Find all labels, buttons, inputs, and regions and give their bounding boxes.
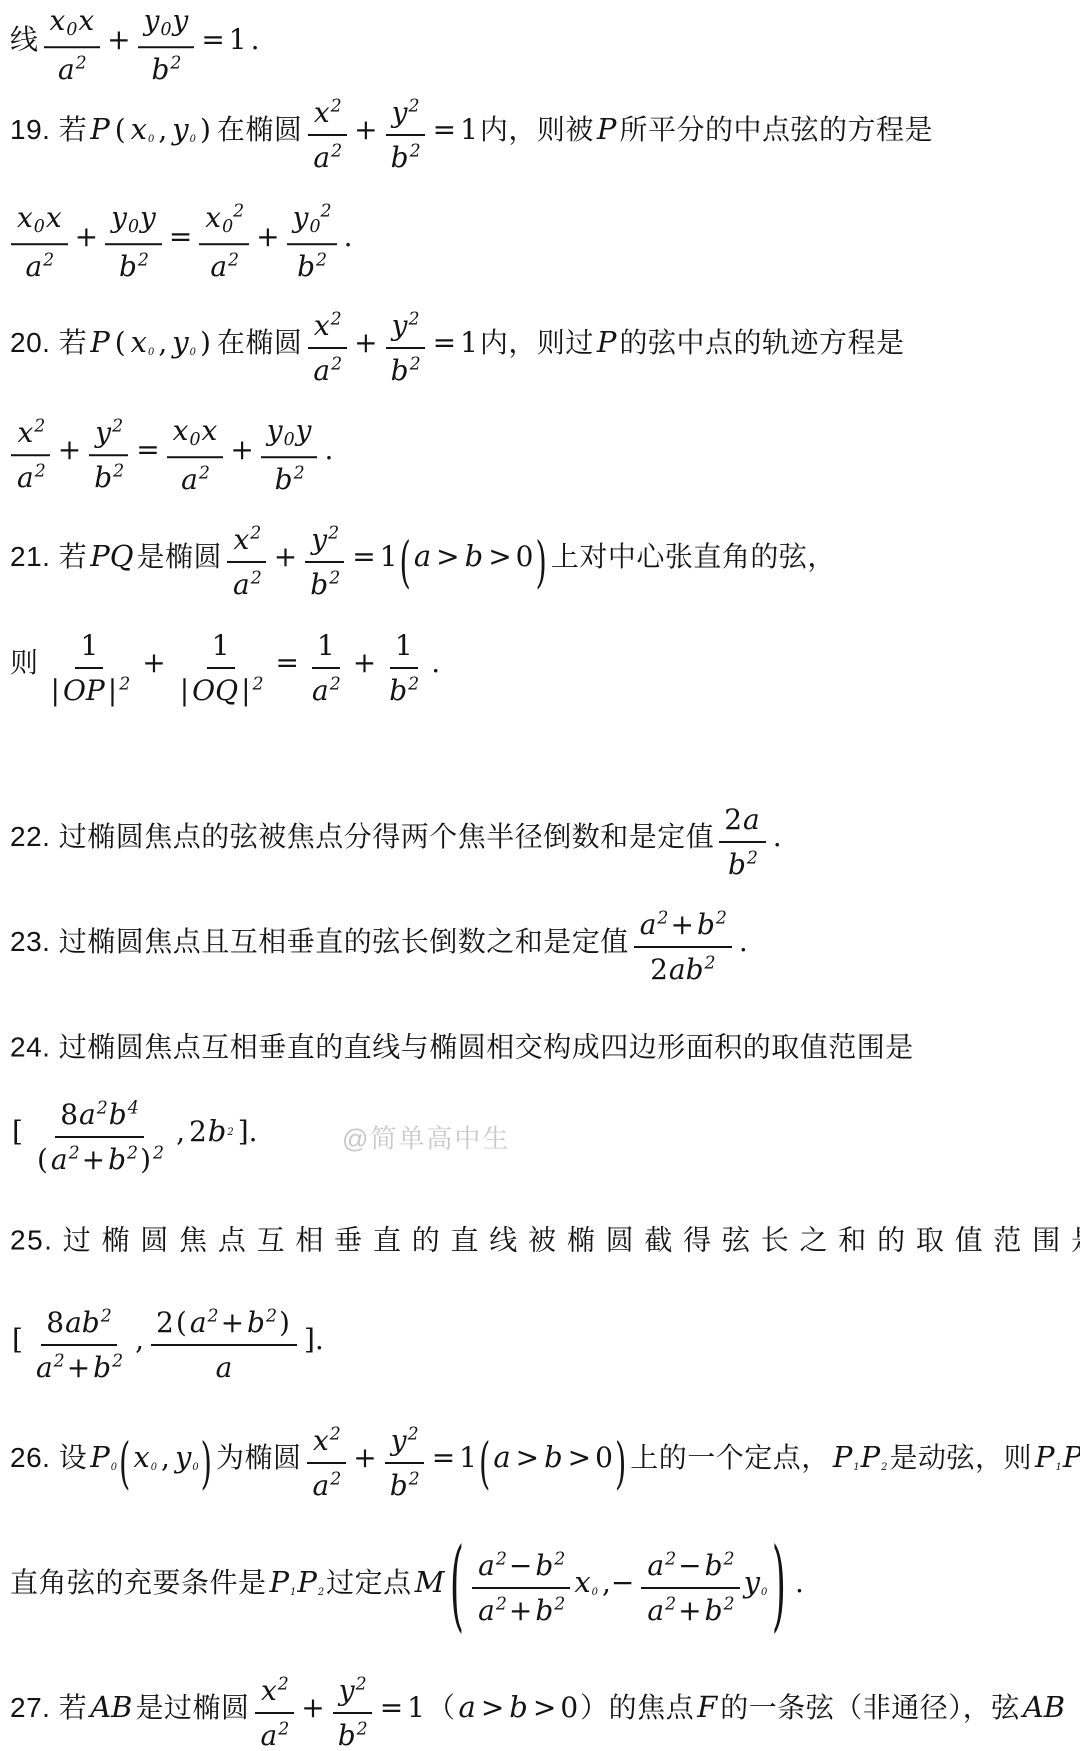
item-25-answer-formula: [8ab2a2+b2,2(a2+b2)a].	[8, 1305, 328, 1385]
fraction: x0xa2	[167, 413, 224, 497]
fraction: y2b2	[304, 522, 345, 602]
fraction: 1|OP|2	[44, 628, 136, 708]
fraction: y2b2	[385, 308, 426, 388]
item-19-statement: 19. 若P(x0,y0)在椭圆x2a2+y2b2=1内，则被P所平分的中点弦的…	[8, 95, 935, 175]
fraction: y02b2	[287, 200, 337, 284]
item-26-statement: 26. 设P0(x0,y0)为椭圆x2a2+y2b2=1(a>b>0)上的一个定…	[8, 1423, 1080, 1503]
item-19-answer-formula: x0xa2+y0yb2=x02a2+y02b2.	[8, 200, 356, 284]
fraction: y2b2	[332, 1673, 373, 1751]
fraction: a2−b2a2+b2	[472, 1548, 570, 1628]
fraction: 2(a2+b2)a	[151, 1305, 297, 1385]
fraction: x02a2	[199, 200, 249, 284]
document-page: 线x0xa2+y0yb2=1. 19. 若P(x0,y0)在椭圆x2a2+y2b…	[0, 0, 1080, 1751]
item-21-answer-formula: 则1|OP|2+1|OQ|2=1a2+1b2.	[8, 628, 444, 708]
item-21-statement: 21. 若PQ是椭圆x2a2+y2b2=1(a>b>0)上对中心张直角的弦，	[8, 522, 838, 602]
fraction: x2a2	[307, 1423, 347, 1503]
fraction: y2b2	[385, 95, 426, 175]
fraction: y0yb2	[105, 200, 162, 284]
fraction: y0yb2	[261, 413, 318, 497]
watermark: @简单高中生	[342, 1119, 510, 1156]
fraction: 2ab2	[719, 802, 766, 882]
fraction: x0xa2	[44, 3, 101, 87]
fraction: y2b2	[88, 415, 129, 495]
item-20-statement: 20. 若P(x0,y0)在椭圆x2a2+y2b2=1内，则过P的弦中点的轨迹方…	[8, 308, 906, 388]
fraction: x2a2	[307, 308, 347, 388]
item-26-answer-formula: 直角弦的充要条件是P1P2过定点M(a2−b2a2+b2x0,−a2−b2a2+…	[8, 1548, 808, 1628]
fraction: 1b2	[383, 628, 424, 708]
item-22-statement: 22. 过椭圆焦点的弦被焦点分得两个焦半径倒数和是定值2ab2.	[8, 802, 786, 882]
formula-line-18-tail: 线x0xa2+y0yb2=1.	[8, 3, 264, 87]
item-24-statement: 24. 过椭圆焦点互相垂直的直线与椭圆相交构成四边形面积的取值范围是	[8, 1030, 916, 1065]
fraction: y0yb2	[138, 3, 195, 87]
fraction: x2a2	[255, 1673, 295, 1751]
fraction: 1a2	[306, 628, 346, 708]
fraction: 8ab2a2+b2	[30, 1305, 128, 1385]
fraction: 8a2b4(a2+b2)2	[30, 1097, 169, 1177]
fraction: x2a2	[11, 415, 51, 495]
fraction: x2a2	[307, 95, 347, 175]
fraction: a2−b2a2+b2	[641, 1548, 739, 1628]
fraction: a2+b22ab2	[634, 907, 732, 987]
item-24-answer-formula: [8a2b4(a2+b2)2,2b2].	[8, 1097, 262, 1177]
fraction: x2a2	[227, 522, 267, 602]
item-27-statement: 27. 若AB是过椭圆x2a2+y2b2=1（a>b>0）的焦点F的一条弦（非通…	[8, 1673, 1066, 1751]
fraction: y2b2	[384, 1423, 425, 1503]
item-23-statement: 23. 过椭圆焦点且互相垂直的弦长倒数之和是定值a2+b22ab2.	[8, 907, 752, 987]
item-20-answer-formula: x2a2+y2b2=x0xa2+y0yb2.	[8, 413, 337, 497]
fraction: x0xa2	[11, 200, 68, 284]
item-25-statement: 25. 过 椭 圆 焦 点 互 相 垂 直 的 直 线 被 椭 圆 截 得 弦 …	[8, 1223, 1080, 1258]
fraction: 1|OQ|2	[173, 628, 269, 708]
